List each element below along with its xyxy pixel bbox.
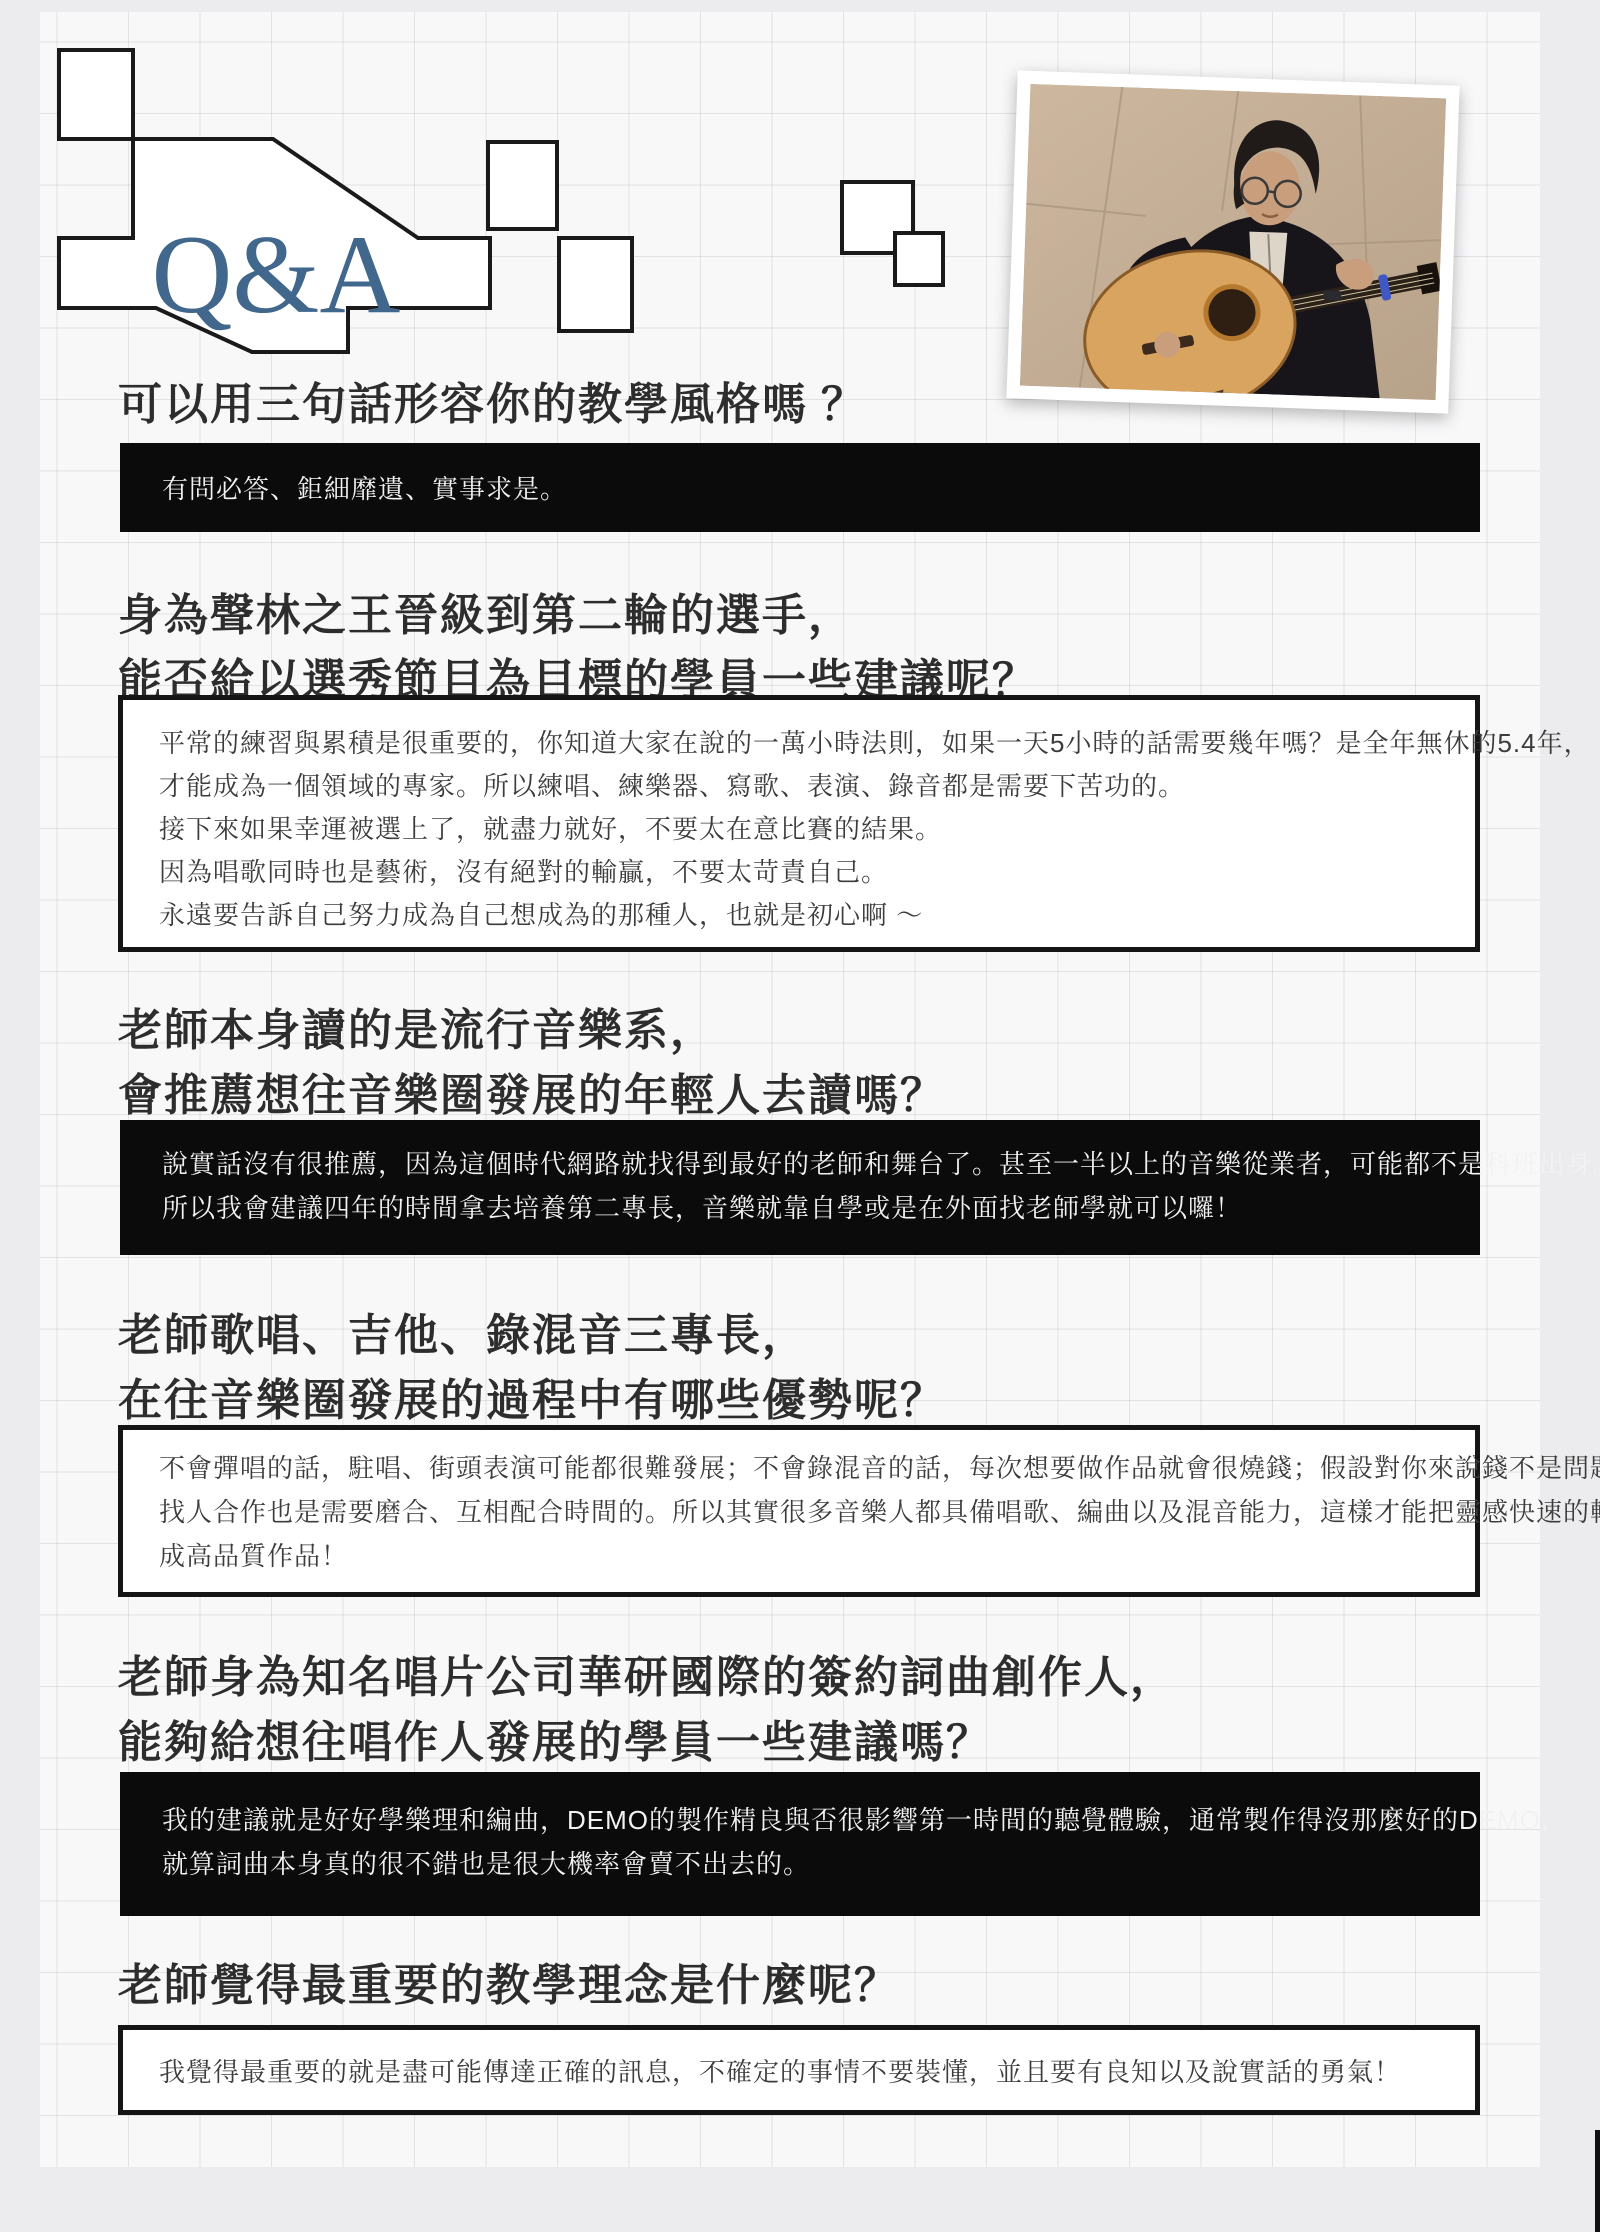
question-3: 老師本身讀的是流行音樂系， 會推薦想往音樂圈發展的年輕人去讀嗎？ xyxy=(118,998,946,1128)
answer-line: 我的建議就是好好學樂理和編曲，DEMO的製作精良與否很影響第一時間的聽覺體驗，通… xyxy=(162,1798,1438,1842)
answer-5: 我的建議就是好好學樂理和編曲，DEMO的製作精良與否很影響第一時間的聽覺體驗，通… xyxy=(120,1772,1480,1916)
answer-line: 就算詞曲本身真的很不錯也是很大機率會賣不出去的。 xyxy=(162,1842,1438,1886)
answer-4: 不會彈唱的話，駐唱、街頭表演可能都很難發展；不會錄混音的話，每次想要做作品就會很… xyxy=(118,1425,1480,1597)
question-5: 老師身為知名唱片公司華研國際的簽約詞曲創作人， 能夠給想往唱作人發展的學員一些建… xyxy=(118,1645,1176,1775)
question-line: 老師覺得最重要的教學理念是什麼呢？ xyxy=(118,1953,900,2018)
question-6: 老師覺得最重要的教學理念是什麼呢？ xyxy=(118,1953,900,2018)
answer-3: 說實話沒有很推薦，因為這個時代網路就找得到最好的老師和舞台了。甚至一半以上的音樂… xyxy=(120,1120,1480,1255)
answer-line: 平常的練習與累積是很重要的，你知道大家在說的一萬小時法則，如果一天5小時的話需要… xyxy=(159,722,1439,765)
answer-line: 接下來如果幸運被選上了，就盡力就好，不要太在意比賽的結果。 xyxy=(159,808,1439,851)
question-line: 可以用三句話形容你的教學風格嗎 ？ xyxy=(118,372,867,437)
question-1: 可以用三句話形容你的教學風格嗎 ？ xyxy=(118,372,867,437)
question-line: 老師身為知名唱片公司華研國際的簽約詞曲創作人， xyxy=(118,1645,1176,1710)
answer-2: 平常的練習與累積是很重要的，你知道大家在說的一萬小時法則，如果一天5小時的話需要… xyxy=(118,695,1480,952)
question-line: 老師本身讀的是流行音樂系， xyxy=(118,998,946,1063)
question-line: 在往音樂圈發展的過程中有哪些優勢呢？ xyxy=(118,1368,946,1433)
question-4: 老師歌唱、吉他、錄混音三專長， 在往音樂圈發展的過程中有哪些優勢呢？ xyxy=(118,1303,946,1433)
question-line: 會推薦想往音樂圈發展的年輕人去讀嗎？ xyxy=(118,1063,946,1128)
question-line: 老師歌唱、吉他、錄混音三專長， xyxy=(118,1303,946,1368)
answer-6: 我覺得最重要的就是盡可能傳達正確的訊息，不確定的事情不要裝懂，並且要有良知以及說… xyxy=(118,2025,1480,2115)
qa-logo-text: Q&A xyxy=(152,213,401,337)
answer-line: 我覺得最重要的就是盡可能傳達正確的訊息，不確定的事情不要裝懂，並且要有良知以及說… xyxy=(159,2052,1401,2089)
question-line: 身為聲林之王晉級到第二輪的選手， xyxy=(118,583,1038,648)
answer-line: 找人合作也是需要磨合、互相配合時間的。所以其實很多音樂人都具備唱歌、編曲以及混音… xyxy=(159,1490,1439,1534)
teacher-photo xyxy=(1006,70,1459,413)
guitar-photo-illustration xyxy=(1020,84,1446,400)
answer-line: 說實話沒有很推薦，因為這個時代網路就找得到最好的老師和舞台了。甚至一半以上的音樂… xyxy=(162,1142,1438,1186)
page-edge-mark xyxy=(1595,2130,1600,2232)
answer-1: 有問必答、鉅細靡遺、實事求是。 xyxy=(120,443,1480,532)
question-line: 能夠給想往唱作人發展的學員一些建議嗎？ xyxy=(118,1710,1176,1775)
deco-square-top-left xyxy=(59,50,133,139)
answer-line: 才能成為一個領域的專家。所以練唱、練樂器、寫歌、表演、錄音都是需要下苦功的。 xyxy=(159,765,1439,808)
deco-square-right-small xyxy=(895,233,943,285)
answer-line: 所以我會建議四年的時間拿去培養第二專長，音樂就靠自學或是在外面找老師學就可以囉！ xyxy=(162,1186,1438,1230)
deco-square-mid-lower xyxy=(559,238,632,331)
answer-line: 永遠要告訴自己努力成為自己想成為的那種人，也就是初心啊 〜 xyxy=(159,894,1439,937)
deco-square-mid-upper xyxy=(488,142,557,229)
qa-header-decoration: Q&A xyxy=(0,0,1000,420)
answer-line: 有問必答、鉅細靡遺、實事求是。 xyxy=(162,469,567,506)
answer-line: 成高品質作品！ xyxy=(159,1534,1439,1578)
answer-line: 因為唱歌同時也是藝術，沒有絕對的輸贏，不要太苛責自己。 xyxy=(159,851,1439,894)
answer-line: 不會彈唱的話，駐唱、街頭表演可能都很難發展；不會錄混音的話，每次想要做作品就會很… xyxy=(159,1446,1439,1490)
wristwatch xyxy=(1323,290,1341,301)
question-2: 身為聲林之王晉級到第二輪的選手， 能否給以選秀節目為目標的學員一些建議呢？ xyxy=(118,583,1038,713)
